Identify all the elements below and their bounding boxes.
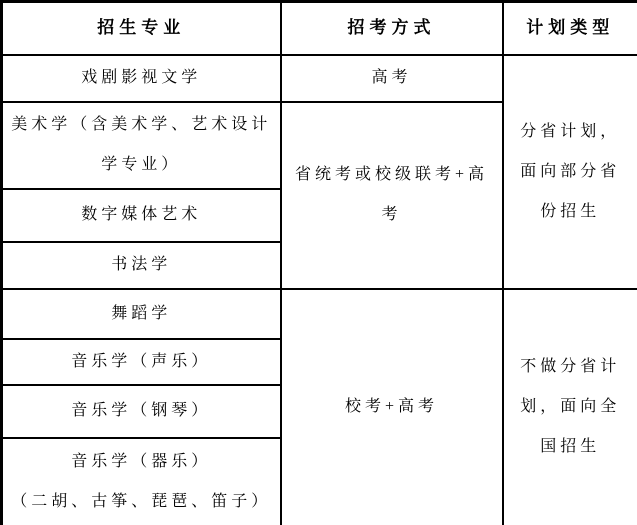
- cell-major-music-instrumental: 音乐学（器乐） （二胡、古筝、琵琶、笛子）: [2, 438, 281, 525]
- cell-major-music-piano: 音乐学（钢琴）: [2, 385, 281, 438]
- cell-method-unified-exam: 省统考或校级联考+高 考: [281, 102, 503, 289]
- col-header-plan-type: 计划类型: [503, 2, 637, 55]
- cell-major-fine-arts: 美术学（含美术学、艺术设计 学专业）: [2, 102, 281, 189]
- col-header-method: 招考方式: [281, 2, 503, 55]
- cell-major-music-vocal: 音乐学（声乐）: [2, 339, 281, 385]
- cell-plan-provincial: 分省计划， 面向部分省 份招生: [503, 55, 637, 289]
- admissions-document: 招生专业 招考方式 计划类型 戏剧影视文学 高考 分省计划， 面向部分省 份招生…: [0, 0, 637, 525]
- admissions-table: 招生专业 招考方式 计划类型 戏剧影视文学 高考 分省计划， 面向部分省 份招生…: [0, 0, 637, 525]
- cell-major-calligraphy: 书法学: [2, 242, 281, 289]
- table-row: 舞蹈学 校考+高考 不做分省计 划，面向全 国招生: [2, 289, 637, 339]
- col-header-major: 招生专业: [2, 2, 281, 55]
- cell-plan-national: 不做分省计 划，面向全 国招生: [503, 289, 637, 525]
- header-row: 招生专业 招考方式 计划类型: [2, 2, 637, 55]
- cell-major-digital-media-art: 数字媒体艺术: [2, 189, 281, 242]
- cell-method-gaokao: 高考: [281, 55, 503, 102]
- cell-method-school-exam: 校考+高考: [281, 289, 503, 525]
- cell-major-drama-film-literature: 戏剧影视文学: [2, 55, 281, 102]
- table-row: 戏剧影视文学 高考 分省计划， 面向部分省 份招生: [2, 55, 637, 102]
- cell-major-dance: 舞蹈学: [2, 289, 281, 339]
